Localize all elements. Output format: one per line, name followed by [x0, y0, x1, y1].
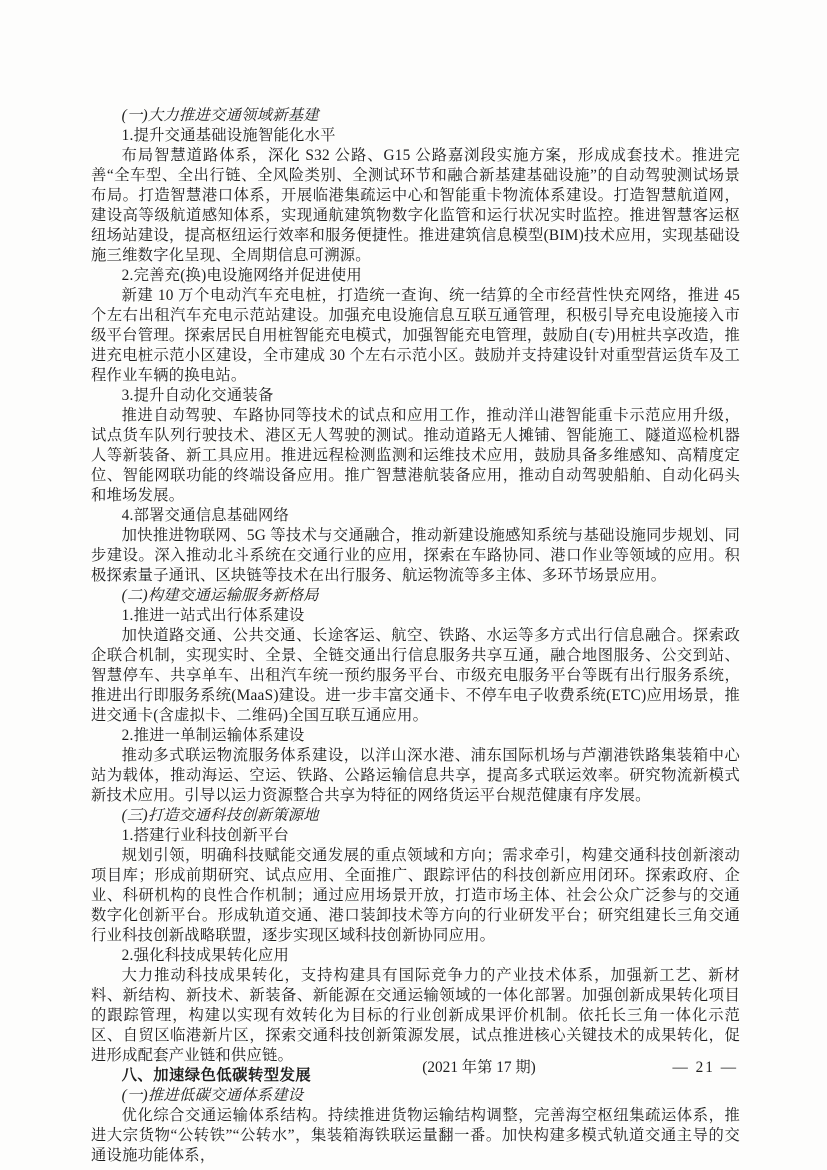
body-paragraph: 优化综合交通运输体系结构。持续推进货物运输结构调整，完善海空枢纽集疏运体系，推进…	[91, 1106, 740, 1166]
item-heading: 2.强化科技成果转化应用	[91, 946, 740, 966]
body-paragraph: 推进自动驾驶、车路协同等技术的试点和应用工作，推动洋山港智能重卡示范应用升级，试…	[91, 406, 740, 506]
footer-page-number: — 21 —	[672, 1058, 738, 1078]
item-heading: 2.推进一单制运输体系建设	[91, 726, 740, 746]
item-heading: 1.搭建行业科技创新平台	[91, 826, 740, 846]
page-footer: (2021 年第 17 期) — 21 —	[91, 1058, 740, 1080]
document-page: (一)大力推进交通领域新基建 1.提升交通基础设施智能化水平 布局智慧道路体系，…	[0, 0, 827, 1170]
body-paragraph: 加快道路交通、公共交通、长途客运、航空、铁路、水运等多方式出行信息融合。探索政企…	[91, 626, 740, 726]
item-heading: 3.提升自动化交通装备	[91, 386, 740, 406]
body-paragraph: 规划引领，明确科技赋能交通发展的重点领域和方向；需求牵引，构建交通科技创新滚动项…	[91, 846, 740, 946]
subsection-heading: (二)构建交通运输服务新格局	[91, 586, 740, 606]
document-body: (一)大力推进交通领域新基建 1.提升交通基础设施智能化水平 布局智慧道路体系，…	[91, 106, 740, 1166]
body-paragraph: 新建 10 万个电动汽车充电桩，打造统一查询、统一结算的全市经营性快充网络，推进…	[91, 286, 740, 386]
item-heading: 4.部署交通信息基础网络	[91, 506, 740, 526]
item-heading: 2.完善充(换)电设施网络并促进使用	[91, 266, 740, 286]
subsection-heading: (一)推进低碳交通体系建设	[91, 1086, 740, 1106]
body-paragraph: 大力推动科技成果转化，支持构建具有国际竞争力的产业技术体系，加强新工艺、新材料、…	[91, 966, 740, 1066]
item-heading: 1.提升交通基础设施智能化水平	[91, 126, 740, 146]
subsection-heading: (三)打造交通科技创新策源地	[91, 806, 740, 826]
body-paragraph: 推动多式联运物流服务体系建设，以洋山深水港、浦东国际机场与芦潮港铁路集装箱中心站…	[91, 746, 740, 806]
body-paragraph: 加快推进物联网、5G 等技术与交通融合，推动新建设施感知系统与基础设施同步规划、…	[91, 526, 740, 586]
footer-issue-label: (2021 年第 17 期)	[422, 1058, 535, 1078]
body-paragraph: 布局智慧道路体系，深化 S32 公路、G15 公路嘉浏段实施方案，形成成套技术。…	[91, 146, 740, 266]
subsection-heading: (一)大力推进交通领域新基建	[91, 106, 740, 126]
item-heading: 1.推进一站式出行体系建设	[91, 606, 740, 626]
